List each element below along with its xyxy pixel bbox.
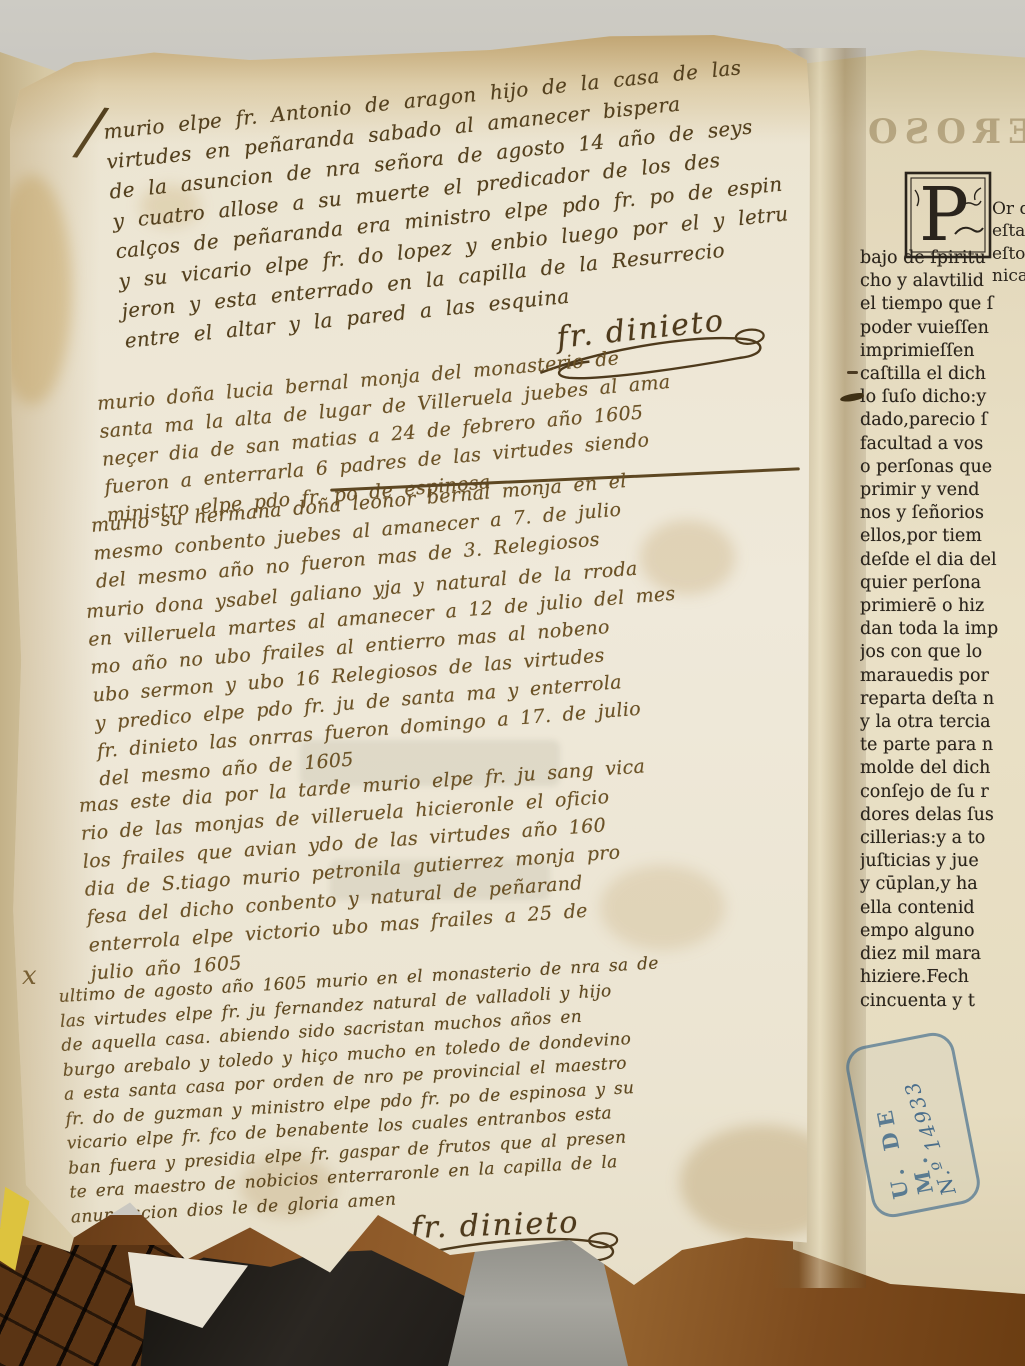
printed-partial-line: Or q [992,198,1025,220]
margin-mark: x [22,961,37,991]
printed-line: juſticias y jue [860,850,1025,873]
printed-line: quier perſona [860,572,1025,595]
printed-line: ella contenid [860,897,1025,920]
printed-line: y la otra tercia [860,711,1025,734]
printed-line: lo ſuſo dicho:y [860,386,1025,409]
printed-line: marauedis por [860,665,1025,688]
printed-line: caſtilla el dich [860,363,1025,386]
initial-letter: P [919,172,969,258]
printed-line: deſde el dia del [860,549,1025,572]
printed-line: bajo de ſpiritu [860,247,1025,270]
printed-line: primierē o hiz [860,595,1025,618]
printed-line: o perſonas que [860,456,1025,479]
printed-line: y cūplan,y ha [860,873,1025,896]
photo-of-manuscript: { "photo": { "wall_color": "#cac8c1", "t… [0,0,1025,1366]
printed-line: poder vuieſſen [860,317,1025,340]
showthrough-title-text: EROSO [884,112,1025,152]
printed-line: te parte para n [860,734,1025,757]
printed-line: cincuenta y t [860,990,1025,1013]
printed-partial-line: eſta [992,220,1025,242]
printed-line: el tiempo que ſ [860,293,1025,316]
printed-line: cillerias:y a to [860,827,1025,850]
friar-signature-bottom: fr. dinieto [410,1205,580,1246]
printed-line: primir y vend [860,479,1025,502]
obituary-entry-juan-fernandez: ultimo de agosto año 1605 murio en el mo… [58,951,672,1229]
printed-line: nos y ſeñorios [860,502,1025,525]
printed-line: empo alguno [860,920,1025,943]
printed-line: facultad a vos [860,433,1025,456]
printed-line: molde del dich [860,757,1025,780]
manuscript-page: / x murio elpe fr. Antonio de aragon hij… [10,35,810,1285]
margin-mark: / [76,94,105,170]
printed-line: cho y alavtilid [860,270,1025,293]
printed-line: hiziere.Fech [860,966,1025,989]
printed-line: diez mil mara [860,943,1025,966]
margin-dash-mark [847,371,858,374]
obituary-entry-petronila-gutierrez: mas este dia por la tarde murio elpe fr.… [78,752,658,987]
printed-line: jos con que lo [860,641,1025,664]
printed-line: ellos,por tiem [860,525,1025,548]
printed-line: conſejo de ſu r [860,781,1025,804]
printed-text-column: bajo de ſpiritucho y alavtilidel tiempo … [860,247,1025,1013]
printed-line: dores delas ſus [860,804,1025,827]
printed-line: imprimieſſen [860,340,1025,363]
printed-line: reparta deſta n [860,688,1025,711]
printed-line: dan toda la imp [860,618,1025,641]
printed-line: dado,parecio ſ [860,409,1025,432]
